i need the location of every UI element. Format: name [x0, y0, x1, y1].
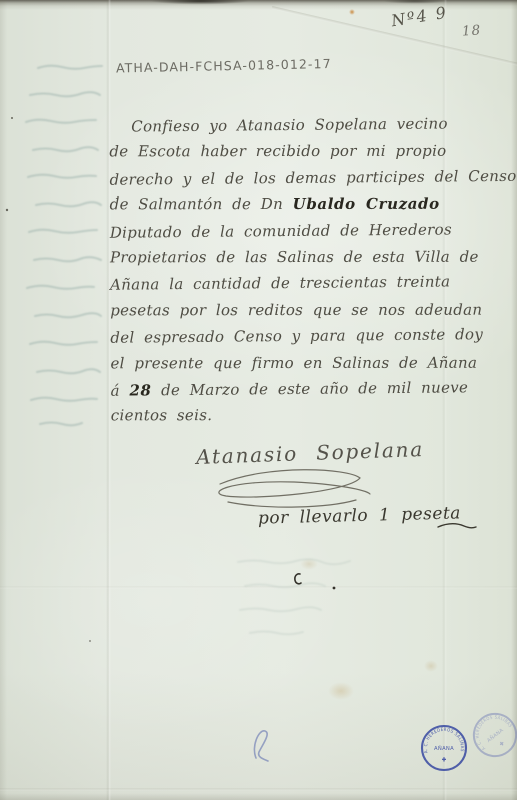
line-text: Añana la cantidad de trescientas treinta [110, 273, 450, 294]
scan-left-edge-shadow [0, 0, 7, 800]
manuscript-line: Confieso yo Atanasio Sopelana vecino [109, 110, 471, 140]
manuscript-line: derecho y el de los demas participes del… [109, 163, 471, 193]
stamp-cross-icon [499, 741, 505, 747]
manuscript-line: Propietarios de las Salinas de esta Vill… [110, 244, 472, 271]
manuscript-body: Confieso yo Atanasio Sopelana vecino de … [109, 111, 473, 430]
foxing-spot [328, 682, 354, 700]
line-text: del espresado Censo y para que conste do… [110, 325, 483, 347]
line-text: pesetas por los reditos que se nos adeud… [110, 300, 482, 319]
scan-right-edge-shadow [511, 0, 517, 800]
heirs-community-stamp: A. C. HEREDEROS SALINAS AÑANA [419, 723, 469, 773]
horizontal-crease-bottom [0, 788, 517, 791]
line-text-emphasis: 28 [129, 381, 151, 399]
line-text: á [111, 381, 130, 399]
line-text: Confieso yo Atanasio Sopelana vecino [131, 114, 448, 135]
postscript-note: por llevarlo 1 peseta [258, 503, 461, 528]
manuscript-line: del espresado Censo y para que conste do… [110, 321, 472, 351]
manuscript-line: cientos seis. [111, 402, 473, 429]
line-text: cientos seis. [111, 406, 213, 424]
line-text: Propietarios de las Salinas de esta Vill… [110, 248, 479, 267]
manuscript-line: el presente que firmo en Salinas de Añan… [110, 349, 472, 376]
foxing-spot [424, 660, 438, 672]
manuscript-line: pesetas por los reditos que se nos adeud… [110, 296, 472, 323]
line-text: de Marzo de este año de mil nueve [151, 378, 468, 399]
stamp-center-text: AÑANA [434, 745, 454, 752]
manuscript-line: Diputado de la comunidad de Herederos [110, 216, 472, 246]
line-text: de Escota haber recibido por mi propio [109, 142, 446, 161]
manuscript-line: de Escota haber recibido por mi propio [109, 138, 471, 165]
line-text: el presente que firmo en Salinas de Añan… [110, 353, 477, 372]
scanned-document-page: Nº4 9 18 ATHA-DAH-FCHSA-018-012-17 Confi… [0, 0, 517, 800]
stamp-center-text: AÑANA [486, 727, 506, 744]
archive-reference-code: ATHA-DAH-FCHSA-018-012-17 [116, 55, 356, 75]
foxing-spot [300, 558, 318, 570]
heirs-community-stamp-faint: A. C. HEREDEROS SALINAS AÑANA [471, 711, 517, 759]
line-text: Diputado de la comunidad de Herederos [110, 220, 452, 241]
blue-ink-squiggle-mark [248, 722, 280, 766]
scan-bottom-edge-shadow [0, 793, 517, 800]
line-text: derecho y el de los demas participes del… [109, 167, 516, 189]
manuscript-line: Añana la cantidad de trescientas treinta [110, 269, 472, 299]
folio-number-pencil: 18 [461, 22, 481, 39]
manuscript-line: á 28 de Marzo de este año de mil nueve [111, 374, 473, 404]
stamp-cross-icon [442, 757, 446, 761]
line-text-emphasis: Ubaldo Cruzado [293, 195, 440, 213]
manuscript-line: de Salmantón de Dn Ubaldo Cruzado [110, 191, 472, 218]
line-text: de Salmantón de Dn [110, 195, 293, 213]
horizontal-crease-middle [0, 586, 517, 589]
postscript-pen-tail [436, 518, 480, 534]
signature-text: Atanasio Sopelana [196, 437, 425, 469]
